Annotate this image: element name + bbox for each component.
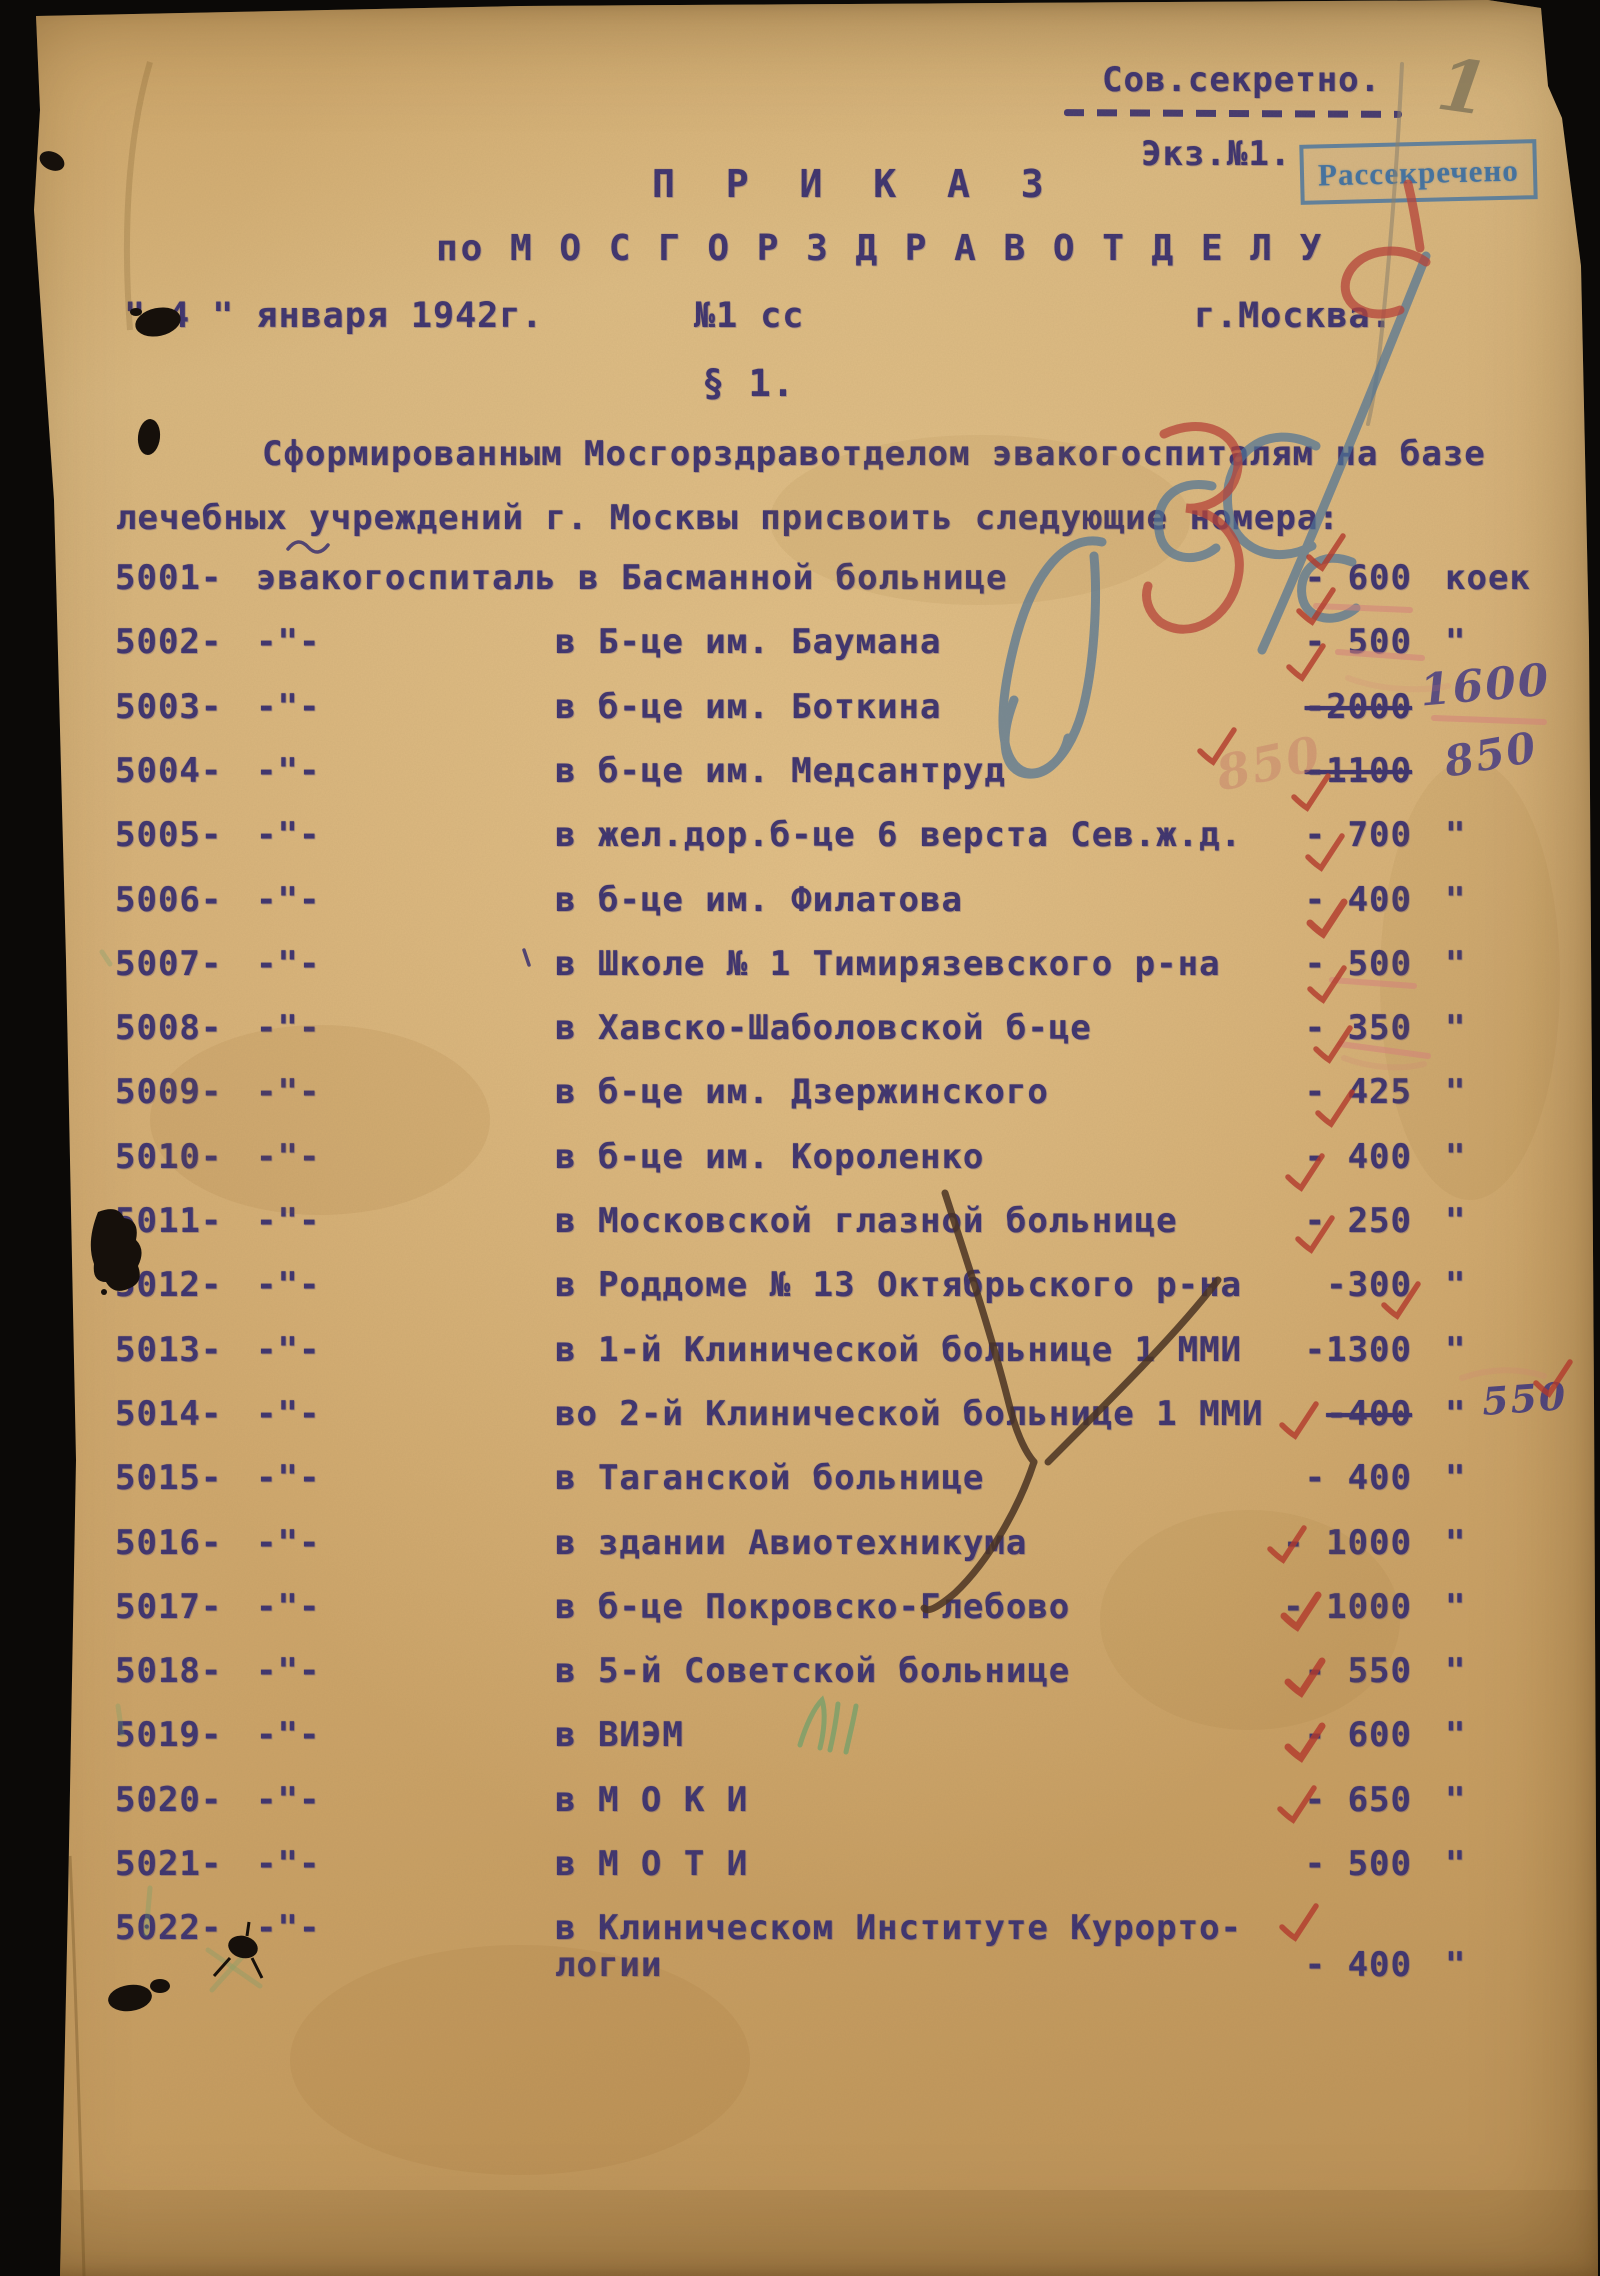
bed-unit: " (1445, 1394, 1466, 1434)
ditto-mark: -"- (256, 1715, 320, 1755)
bed-unit: " (1445, 1523, 1466, 1563)
hospital-number: 5015- (115, 1458, 222, 1498)
paper-fold (127, 62, 150, 330)
bed-unit: " (1445, 1330, 1466, 1370)
bed-unit: " (1445, 622, 1466, 662)
page-number-pencil: 1 (1432, 41, 1495, 132)
ditto-mark: -"- (256, 1780, 320, 1820)
bed-count: - 550 (1252, 1651, 1412, 1691)
ditto-mark: -"- (256, 944, 320, 984)
hospital-name: во 2-й Клинической больнице 1 ММИ (555, 1394, 1264, 1434)
hospital-name: в Московской глазной больнице (555, 1201, 1178, 1241)
graphite-pencil-marks (1368, 64, 1402, 424)
hospital-number: 5009- (115, 1072, 222, 1112)
bed-unit: " (1445, 1458, 1466, 1498)
hospital-row: 5002--"-в Б-це им. Баумана- 500" (0, 622, 1600, 686)
bed-count: - 650 (1252, 1780, 1412, 1820)
bed-unit: " (1445, 880, 1466, 920)
bed-unit: " (1445, 1715, 1466, 1755)
hospital-number: 5001- (115, 558, 222, 598)
ditto-mark: -"- (256, 1394, 320, 1434)
bed-unit: " (1445, 1587, 1466, 1627)
hospital-row: 5015--"-в Таганской больнице- 400" (0, 1458, 1600, 1522)
hospital-number: 5013- (115, 1330, 222, 1370)
hospital-number: 5012- (115, 1265, 222, 1305)
hospital-name: в б-це им. Боткина (555, 687, 941, 727)
hospital-name: в Хавско-Шаболовской б-це (555, 1008, 1092, 1048)
bed-unit: " (1445, 1651, 1466, 1691)
document-subtitle: по М О С Г О Р З Д Р А В О Т Д Е Л У (436, 228, 1324, 269)
hospital-number: 5008- (115, 1008, 222, 1048)
hospital-row: 5021--"-в М О Т И- 500" (0, 1844, 1600, 1908)
bed-count: -1300 (1252, 1330, 1412, 1370)
hospital-number: 5007- (115, 944, 222, 984)
hospital-number: 5004- (115, 751, 222, 791)
hospital-row: 5016--"-в здании Авиотехникума- 1000" (0, 1523, 1600, 1587)
bed-count: -300 (1252, 1265, 1412, 1305)
document-page: Сов.секретно. Экз.№1. Рассекречено П Р И… (0, 0, 1600, 2276)
document-date: " 4 " января 1942г. (124, 296, 543, 336)
paragraph-line-1: Сформированным Мосгорздравотделом эваког… (262, 434, 1486, 474)
bed-unit: " (1445, 1265, 1466, 1305)
bed-count: - 1000 (1252, 1587, 1412, 1627)
ditto-mark: -"- (256, 880, 320, 920)
hospital-name: в жел.дор.б-це 6 верста Сев.ж.д. (555, 815, 1242, 855)
hospital-name: в 1-й Клинической больнице 1 ММИ (555, 1330, 1242, 1370)
hospital-name-wrap: логии (555, 1945, 662, 1985)
bed-count: - 425 (1252, 1072, 1412, 1112)
hospital-row: 5005--"-в жел.дор.б-це 6 верста Сев.ж.д.… (0, 815, 1600, 879)
hospital-number: 5020- (115, 1780, 222, 1820)
hospital-number: 5014- (115, 1394, 222, 1434)
bed-count: - 1000 (1252, 1523, 1412, 1563)
ditto-mark: -"- (256, 815, 320, 855)
bed-unit: " (1445, 944, 1466, 984)
bed-unit: " (1445, 1201, 1466, 1241)
hospital-name: в б-це им. Филатова (555, 880, 963, 920)
hospital-name: в б-це им. Короленко (555, 1137, 984, 1177)
ditto-mark: -"- (256, 1265, 320, 1305)
bed-count: - 600 (1252, 1715, 1412, 1755)
hospital-row: 5012--"-в Роддоме № 13 Октябрьского р-на… (0, 1265, 1600, 1329)
hospital-name: эвакогоспиталь в Басманной больнице (256, 558, 1007, 598)
ditto-mark: -"- (256, 1844, 320, 1884)
hospital-row: 5020--"-в М О К И- 650" (0, 1780, 1600, 1844)
ditto-mark: -"- (256, 687, 320, 727)
bed-count: - 700 (1252, 815, 1412, 855)
hospital-row: 5017--"-в б-це Покровско-Глебово- 1000" (0, 1587, 1600, 1651)
hospital-name: в б-це им. Дзержинского (555, 1072, 1049, 1112)
bed-count: - 500 (1252, 622, 1412, 662)
hospital-name: в М О К И (555, 1780, 748, 1820)
bed-count: - 400 (1252, 1458, 1412, 1498)
hospital-number: 5022- (115, 1908, 222, 1948)
ditto-mark: -"- (256, 1458, 320, 1498)
hospital-name: в Школе № 1 Тимирязевского р-на (555, 944, 1221, 984)
hospital-row: 5018--"-в 5-й Советской больнице- 550" (0, 1651, 1600, 1715)
bed-count: - 600 (1252, 558, 1412, 598)
hospital-number: 5003- (115, 687, 222, 727)
hospital-row: 5009--"-в б-це им. Дзержинского- 425" (0, 1072, 1600, 1136)
hospital-number: 5016- (115, 1523, 222, 1563)
hospital-row: 5022--"-в Клиническом Институте Курорто-… (0, 1908, 1600, 1972)
hospital-name: в здании Авиотехникума (555, 1523, 1027, 1563)
bed-count: -400 (1252, 1394, 1412, 1434)
hospital-number: 5002- (115, 622, 222, 662)
ditto-mark: -"- (256, 622, 320, 662)
bed-unit: " (1445, 815, 1466, 855)
hospital-number: 5017- (115, 1587, 222, 1627)
ditto-mark: -"- (256, 1523, 320, 1563)
hospital-row: 5013--"-в 1-й Клинической больнице 1 ММИ… (0, 1330, 1600, 1394)
hospital-name: в М О Т И (555, 1844, 748, 1884)
bed-unit: " (1445, 1844, 1466, 1884)
classification-underline (1064, 109, 1402, 118)
ditto-mark: -"- (256, 751, 320, 791)
ditto-mark: -"- (256, 1587, 320, 1627)
hospital-number: 5021- (115, 1844, 222, 1884)
ditto-mark: -"- (256, 1137, 320, 1177)
bed-count: -2000 (1252, 687, 1412, 727)
hospital-name: в Клиническом Институте Курорто- (555, 1908, 1242, 1948)
hospital-row: 5004--"-в б-це им. Медсантруд-1100 (0, 751, 1600, 815)
hospital-row: 5003--"-в б-це им. Боткина-2000 (0, 687, 1600, 751)
hospital-row: 5010--"-в б-це им. Короленко- 400" (0, 1137, 1600, 1201)
bed-unit: " (1445, 1072, 1466, 1112)
bed-count: - 500 (1252, 944, 1412, 984)
hospital-name: в б-це им. Медсантруд (555, 751, 1006, 791)
classification-label: Сов.секретно. (1102, 60, 1381, 100)
bed-count: - 400 (1252, 1945, 1412, 1985)
hospital-row: 5001-эвакогоспиталь в Басманной больнице… (0, 558, 1600, 622)
hospital-number: 5019- (115, 1715, 222, 1755)
ditto-mark: -"- (256, 1908, 320, 1948)
hospital-name: в ВИЭМ (555, 1715, 684, 1755)
hospital-row: 5014--"-во 2-й Клинической больнице 1 ММ… (0, 1394, 1600, 1458)
ditto-mark: -"- (256, 1201, 320, 1241)
hospital-number: 5006- (115, 880, 222, 920)
hospital-row: 5008--"-в Хавско-Шаболовской б-це- 350" (0, 1008, 1600, 1072)
ditto-mark: -"- (256, 1008, 320, 1048)
hospital-row: 5011--"-в Московской глазной больнице- 2… (0, 1201, 1600, 1265)
hospital-name: в Роддоме № 13 Октябрьского р-на (555, 1265, 1242, 1305)
bed-count: - 400 (1252, 880, 1412, 920)
hand-correction-550: 550 (1481, 1373, 1569, 1424)
bed-count: - 350 (1252, 1008, 1412, 1048)
scanned-archival-document: { "header": { "classification": "Сов.сек… (0, 0, 1600, 2276)
bed-count: - 400 (1252, 1137, 1412, 1177)
bed-unit: " (1445, 1008, 1466, 1048)
hospital-number: 5010- (115, 1137, 222, 1177)
document-title: П Р И К А З (652, 162, 1058, 206)
hospital-row: 5006--"-в б-це им. Филатова- 400" (0, 880, 1600, 944)
hospital-name: в Б-це им. Баумана (555, 622, 941, 662)
copy-number: Экз.№1. (1141, 134, 1291, 174)
hospital-number: 5005- (115, 815, 222, 855)
bed-unit: коек (1445, 558, 1531, 598)
bed-count: - 500 (1252, 1844, 1412, 1884)
order-number: №1 сс (694, 296, 804, 336)
document-city: г.Москва. (1194, 296, 1393, 336)
hospital-row: 5019--"-в ВИЭМ- 600" (0, 1715, 1600, 1779)
paragraph-line-2: лечебных учреждений г. Москвы присвоить … (116, 498, 1340, 538)
bed-count: - 250 (1252, 1201, 1412, 1241)
hospital-row: 5007--"-в Школе № 1 Тимирязевского р-на-… (0, 944, 1600, 1008)
hospital-name: в 5-й Советской больнице (555, 1651, 1070, 1691)
bed-unit: " (1445, 1945, 1466, 1985)
ditto-mark: -"- (256, 1330, 320, 1370)
hospital-number: 5018- (115, 1651, 222, 1691)
ink-tilde (288, 542, 328, 552)
hospital-name: в б-це Покровско-Глебово (555, 1587, 1070, 1627)
bed-unit: " (1445, 1780, 1466, 1820)
bed-unit: " (1445, 1137, 1466, 1177)
hospital-name: в Таганской больнице (555, 1458, 984, 1498)
declassified-stamp: Рассекречено (1299, 139, 1537, 205)
hospital-number: 5011- (115, 1201, 222, 1241)
ditto-mark: -"- (256, 1072, 320, 1112)
section-heading: § 1. (702, 362, 795, 405)
ditto-mark: -"- (256, 1651, 320, 1691)
